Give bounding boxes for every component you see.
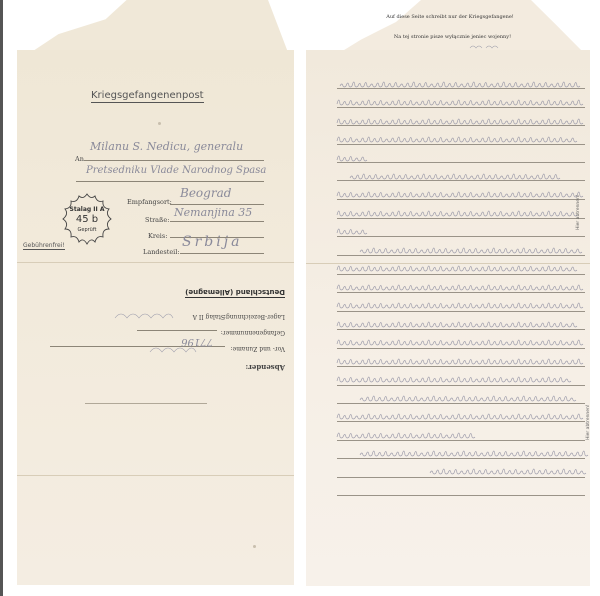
paper-stain xyxy=(158,122,161,125)
paper-stain xyxy=(253,545,256,548)
handwriting-strokes xyxy=(0,0,600,596)
